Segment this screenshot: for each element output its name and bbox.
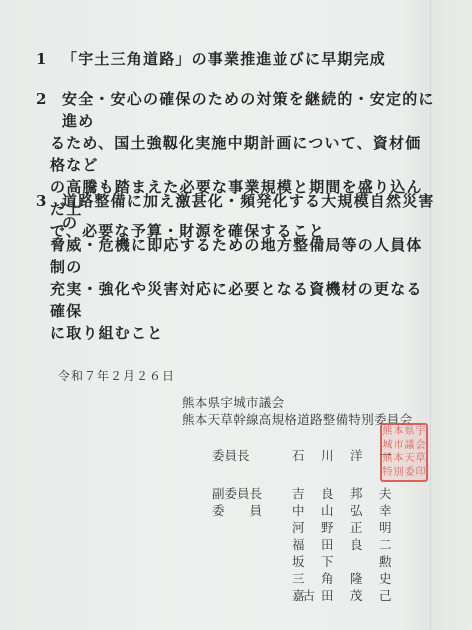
organization-line-1: 熊本県宇城市議会: [182, 393, 284, 411]
name-char: 吉: [292, 484, 321, 502]
seal-char: 本: [393, 427, 404, 437]
name-char: 夫: [379, 484, 408, 502]
name-char: 川: [321, 446, 350, 464]
name-char: 坂: [292, 552, 321, 570]
request-item-1: 1 「宇土三角道路」の事業推進並びに早期完成: [36, 48, 436, 70]
name-char: 正: [350, 518, 379, 536]
item-line: 充実・強化や災害対応に必要となる資機材の更なる確保: [36, 278, 436, 322]
name-char: 己: [379, 586, 408, 604]
item-line: 脅威・危機に即応するための地方整備局等の人員体制の: [36, 234, 436, 278]
member-name: 嘉古 田 茂 己: [292, 586, 432, 604]
name-char: 良: [321, 484, 350, 502]
item-line: 安全・安心の確保のための対策を継続的・安定的に進め: [36, 88, 436, 132]
name-char: 一: [379, 446, 408, 464]
member-name: 福 田 良 二: [292, 535, 432, 553]
seal-char: 宇: [415, 427, 426, 437]
seal-char: 特: [382, 468, 393, 478]
member-name: 三 角 隆 史: [292, 569, 432, 587]
name-char: 嘉古: [292, 586, 321, 604]
name-char: 弘: [350, 501, 379, 519]
role-label: 委員長: [212, 446, 250, 464]
item-line: に取り組むこと: [36, 322, 436, 344]
name-char: 茂: [350, 586, 379, 604]
item-number: 1: [36, 48, 48, 70]
item-number: 2: [36, 88, 48, 110]
member-name: 坂 下 勲: [292, 552, 432, 570]
seal-char: 印: [415, 468, 426, 478]
name-char: 邦: [350, 484, 379, 502]
seal-char: 県: [404, 427, 415, 437]
name-char: 田: [321, 586, 350, 604]
name-char: 田: [321, 535, 350, 553]
member-name: 中 山 弘 幸: [292, 501, 432, 519]
name-char: 福: [292, 535, 321, 553]
name-char: 良: [350, 535, 379, 553]
request-item-3: 3 道路整備に加え激甚化・頻発化する大規模自然災害の 脅威・危機に即応するための…: [36, 190, 436, 344]
name-char: 勲: [379, 552, 408, 570]
name-char: 史: [379, 569, 408, 587]
item-number: 3: [36, 190, 48, 212]
member-name: 河 野 正 明: [292, 518, 432, 536]
member-role: 委員長: [212, 446, 254, 464]
member-role: 副委員長: [212, 484, 270, 502]
name-char: 石: [292, 446, 321, 464]
seal-char: 熊: [382, 427, 393, 437]
seal-char: 別: [393, 468, 404, 478]
name-char: 中: [292, 501, 321, 519]
member-name: 石 川 洋 一: [292, 446, 432, 464]
document-date: 令和７年２月２６日: [58, 367, 175, 384]
name-char: 角: [321, 569, 350, 587]
organization-line-2: 熊本天草幹線高規格道路整備特別委員会: [182, 410, 412, 428]
item-line: るため、国土強靱化実施中期計画について、資材価格など: [36, 132, 436, 176]
member-name: 吉 良 邦 夫: [292, 484, 432, 502]
name-char: [350, 552, 379, 570]
name-char: 山: [321, 501, 350, 519]
seal-char: 委: [404, 468, 415, 478]
member-role: 委 員: [212, 501, 270, 519]
name-char: 洋: [350, 446, 379, 464]
item-line: 道路整備に加え激甚化・頻発化する大規模自然災害の: [36, 190, 436, 234]
name-char: 河: [292, 518, 321, 536]
name-char: 明: [379, 518, 408, 536]
name-char: 二: [379, 535, 408, 553]
name-char: 幸: [379, 501, 408, 519]
name-char: 野: [321, 518, 350, 536]
name-char: 三: [292, 569, 321, 587]
item-line: 「宇土三角道路」の事業推進並びに早期完成: [36, 48, 436, 70]
name-char: 下: [321, 552, 350, 570]
name-char: 隆: [350, 569, 379, 587]
